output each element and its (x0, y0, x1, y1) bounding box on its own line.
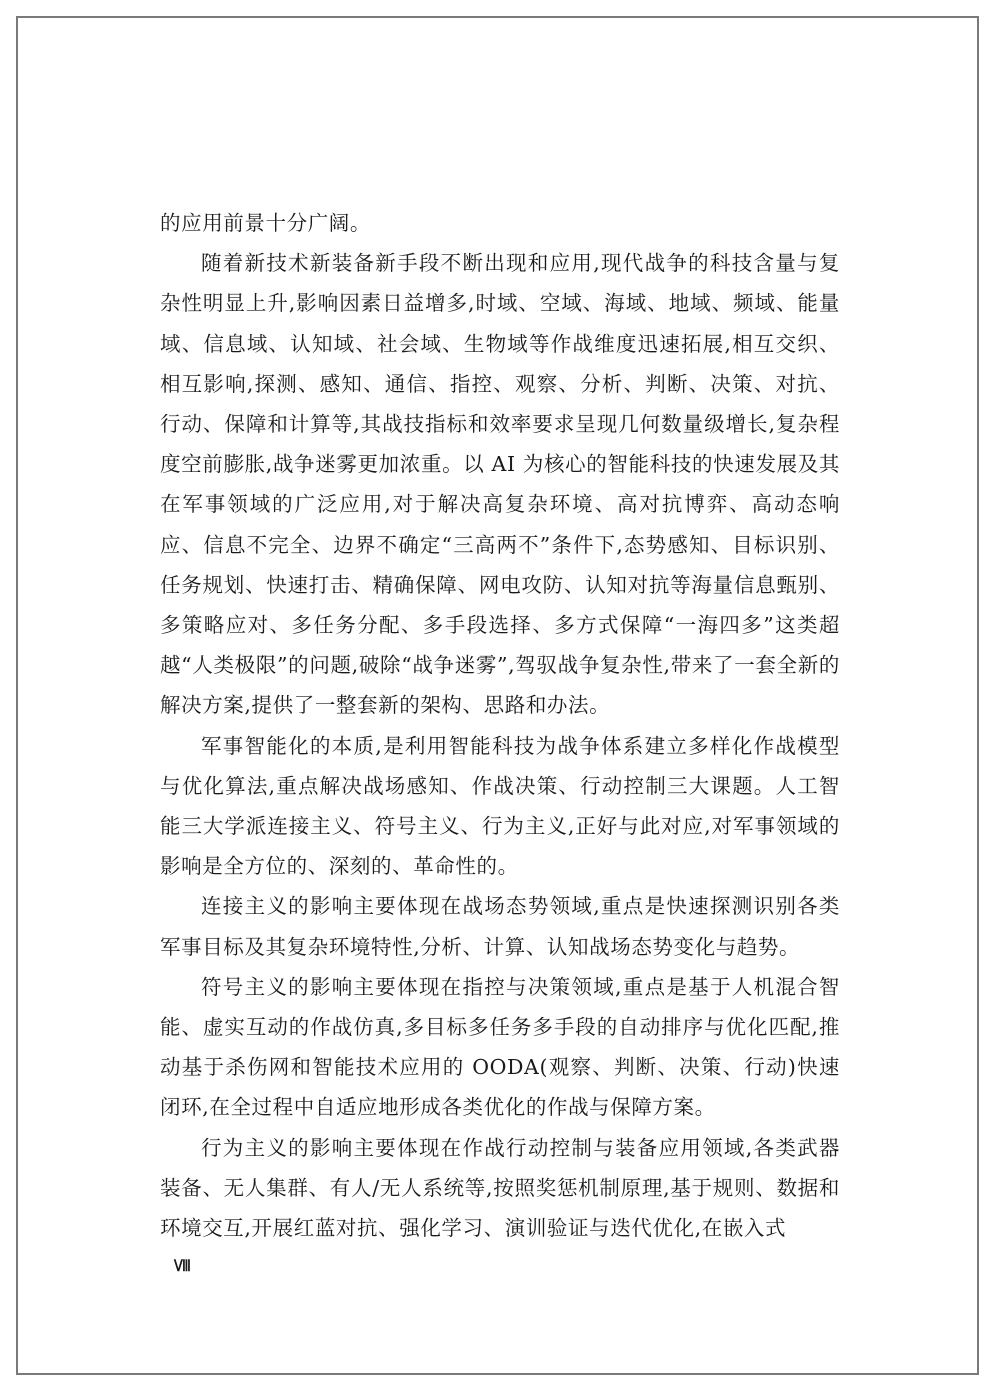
paragraph-complexity: 随着新技术新装备新手段不断出现和应用,现代战争的科技含量与复杂性明显上升,影响因… (160, 243, 840, 725)
paragraph-behaviorism: 行为主义的影响主要体现在作战行动控制与装备应用领域,各类武器装备、无人集群、有人… (160, 1128, 840, 1249)
body-text: 的应用前景十分广阔。 随着新技术新装备新手段不断出现和应用,现代战争的科技含量与… (160, 203, 840, 1248)
paragraph-connectionism: 连接主义的影响主要体现在战场态势领域,重点是快速探测识别各类军事目标及其复杂环境… (160, 886, 840, 966)
page-number: Ⅷ (174, 1256, 190, 1276)
paragraph-symbolism: 符号主义的影响主要体现在指控与决策领域,重点是基于人机混合智能、虚实互动的作战仿… (160, 967, 840, 1128)
paragraph-essence: 军事智能化的本质,是利用智能科技为战争体系建立多样化作战模型与优化算法,重点解决… (160, 726, 840, 887)
paragraph-continuation: 的应用前景十分广阔。 (160, 203, 840, 243)
